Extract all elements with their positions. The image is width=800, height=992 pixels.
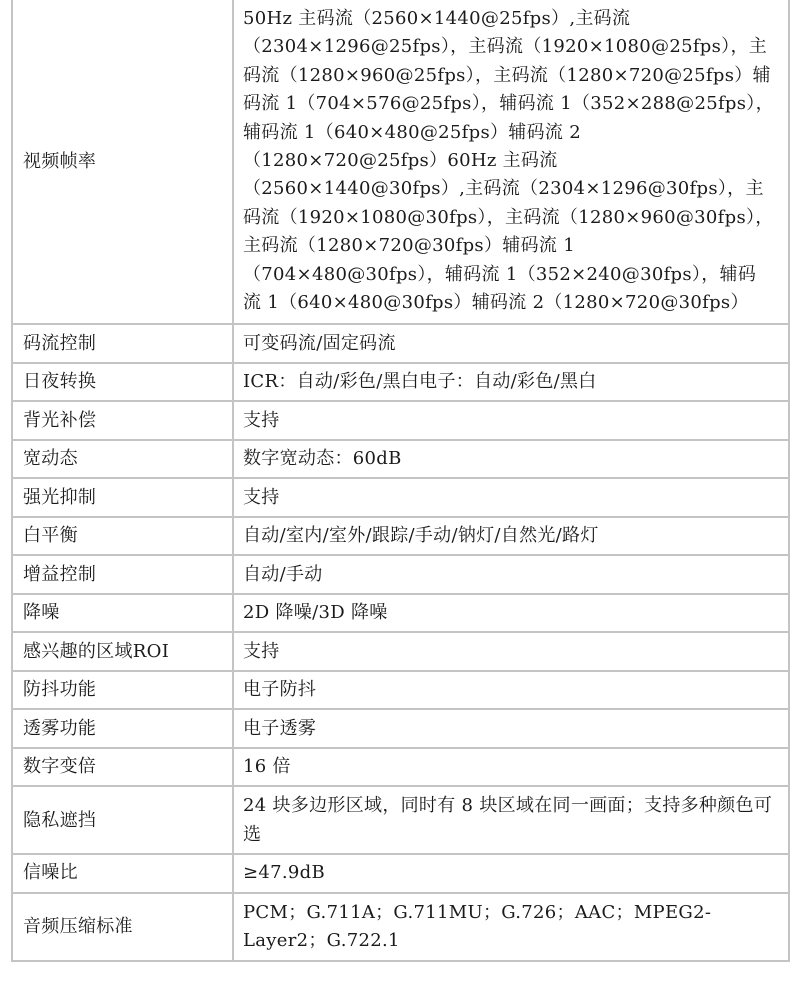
spec-row-digital-zoom: 数字变倍 16 倍 xyxy=(12,748,789,787)
spec-value: 电子透雾 xyxy=(233,709,789,748)
spec-value: 自动/手动 xyxy=(233,555,789,594)
spec-label: 增益控制 xyxy=(12,555,233,594)
spec-value: 16 倍 xyxy=(233,748,789,787)
spec-label: 视频帧率 xyxy=(12,0,233,324)
spec-row-stabilization: 防抖功能 电子防抖 xyxy=(12,671,789,710)
spec-value: 支持 xyxy=(233,632,789,671)
spec-value: 数字宽动态：60dB xyxy=(233,440,789,479)
spec-label: 隐私遮挡 xyxy=(12,786,233,854)
spec-label: 防抖功能 xyxy=(12,671,233,710)
spec-label: 日夜转换 xyxy=(12,363,233,402)
spec-value: PCM；G.711A；G.711MU；G.726；AAC；MPEG2-Layer… xyxy=(233,893,789,961)
spec-label: 白平衡 xyxy=(12,517,233,556)
spec-row-privacy-mask: 隐私遮挡 24 块多边形区域，同时有 8 块区域在同一画面；支持多种颜色可选 xyxy=(12,786,789,854)
spec-label: 强光抑制 xyxy=(12,478,233,517)
spec-value: ≥47.9dB xyxy=(233,854,789,893)
spec-row-roi: 感兴趣的区域ROI 支持 xyxy=(12,632,789,671)
spec-value: 50Hz 主码流（2560×1440@25fps）,主码流（2304×1296@… xyxy=(233,0,789,324)
spec-value: 电子防抖 xyxy=(233,671,789,710)
spec-value: 支持 xyxy=(233,401,789,440)
spec-row-white-balance: 白平衡 自动/室内/室外/跟踪/手动/钠灯/自然光/路灯 xyxy=(12,517,789,556)
spec-value: 2D 降噪/3D 降噪 xyxy=(233,594,789,633)
spec-label: 透雾功能 xyxy=(12,709,233,748)
spec-label: 数字变倍 xyxy=(12,748,233,787)
spec-label: 背光补偿 xyxy=(12,401,233,440)
spec-value: 24 块多边形区域，同时有 8 块区域在同一画面；支持多种颜色可选 xyxy=(233,786,789,854)
spec-value: 自动/室内/室外/跟踪/手动/钠灯/自然光/路灯 xyxy=(233,517,789,556)
spec-row-hlc: 强光抑制 支持 xyxy=(12,478,789,517)
spec-row-gain-control: 增益控制 自动/手动 xyxy=(12,555,789,594)
spec-row-snr: 信噪比 ≥47.9dB xyxy=(12,854,789,893)
spec-row-bitrate-control: 码流控制 可变码流/固定码流 xyxy=(12,324,789,363)
spec-value: 支持 xyxy=(233,478,789,517)
spec-row-wdr: 宽动态 数字宽动态：60dB xyxy=(12,440,789,479)
spec-row-defog: 透雾功能 电子透雾 xyxy=(12,709,789,748)
spec-row-noise-reduction: 降噪 2D 降噪/3D 降噪 xyxy=(12,594,789,633)
spec-label: 降噪 xyxy=(12,594,233,633)
spec-value: ICR：自动/彩色/黑白电子：自动/彩色/黑白 xyxy=(233,363,789,402)
spec-table: 视频帧率 50Hz 主码流（2560×1440@25fps）,主码流（2304×… xyxy=(11,0,790,962)
spec-row-video-frame-rate: 视频帧率 50Hz 主码流（2560×1440@25fps）,主码流（2304×… xyxy=(12,0,789,324)
spec-row-audio-compression: 音频压缩标准 PCM；G.711A；G.711MU；G.726；AAC；MPEG… xyxy=(12,893,789,961)
spec-row-backlight-compensation: 背光补偿 支持 xyxy=(12,401,789,440)
spec-label: 信噪比 xyxy=(12,854,233,893)
spec-label: 感兴趣的区域ROI xyxy=(12,632,233,671)
spec-value: 可变码流/固定码流 xyxy=(233,324,789,363)
spec-label: 码流控制 xyxy=(12,324,233,363)
spec-row-day-night: 日夜转换 ICR：自动/彩色/黑白电子：自动/彩色/黑白 xyxy=(12,363,789,402)
spec-label: 音频压缩标准 xyxy=(12,893,233,961)
spec-label: 宽动态 xyxy=(12,440,233,479)
